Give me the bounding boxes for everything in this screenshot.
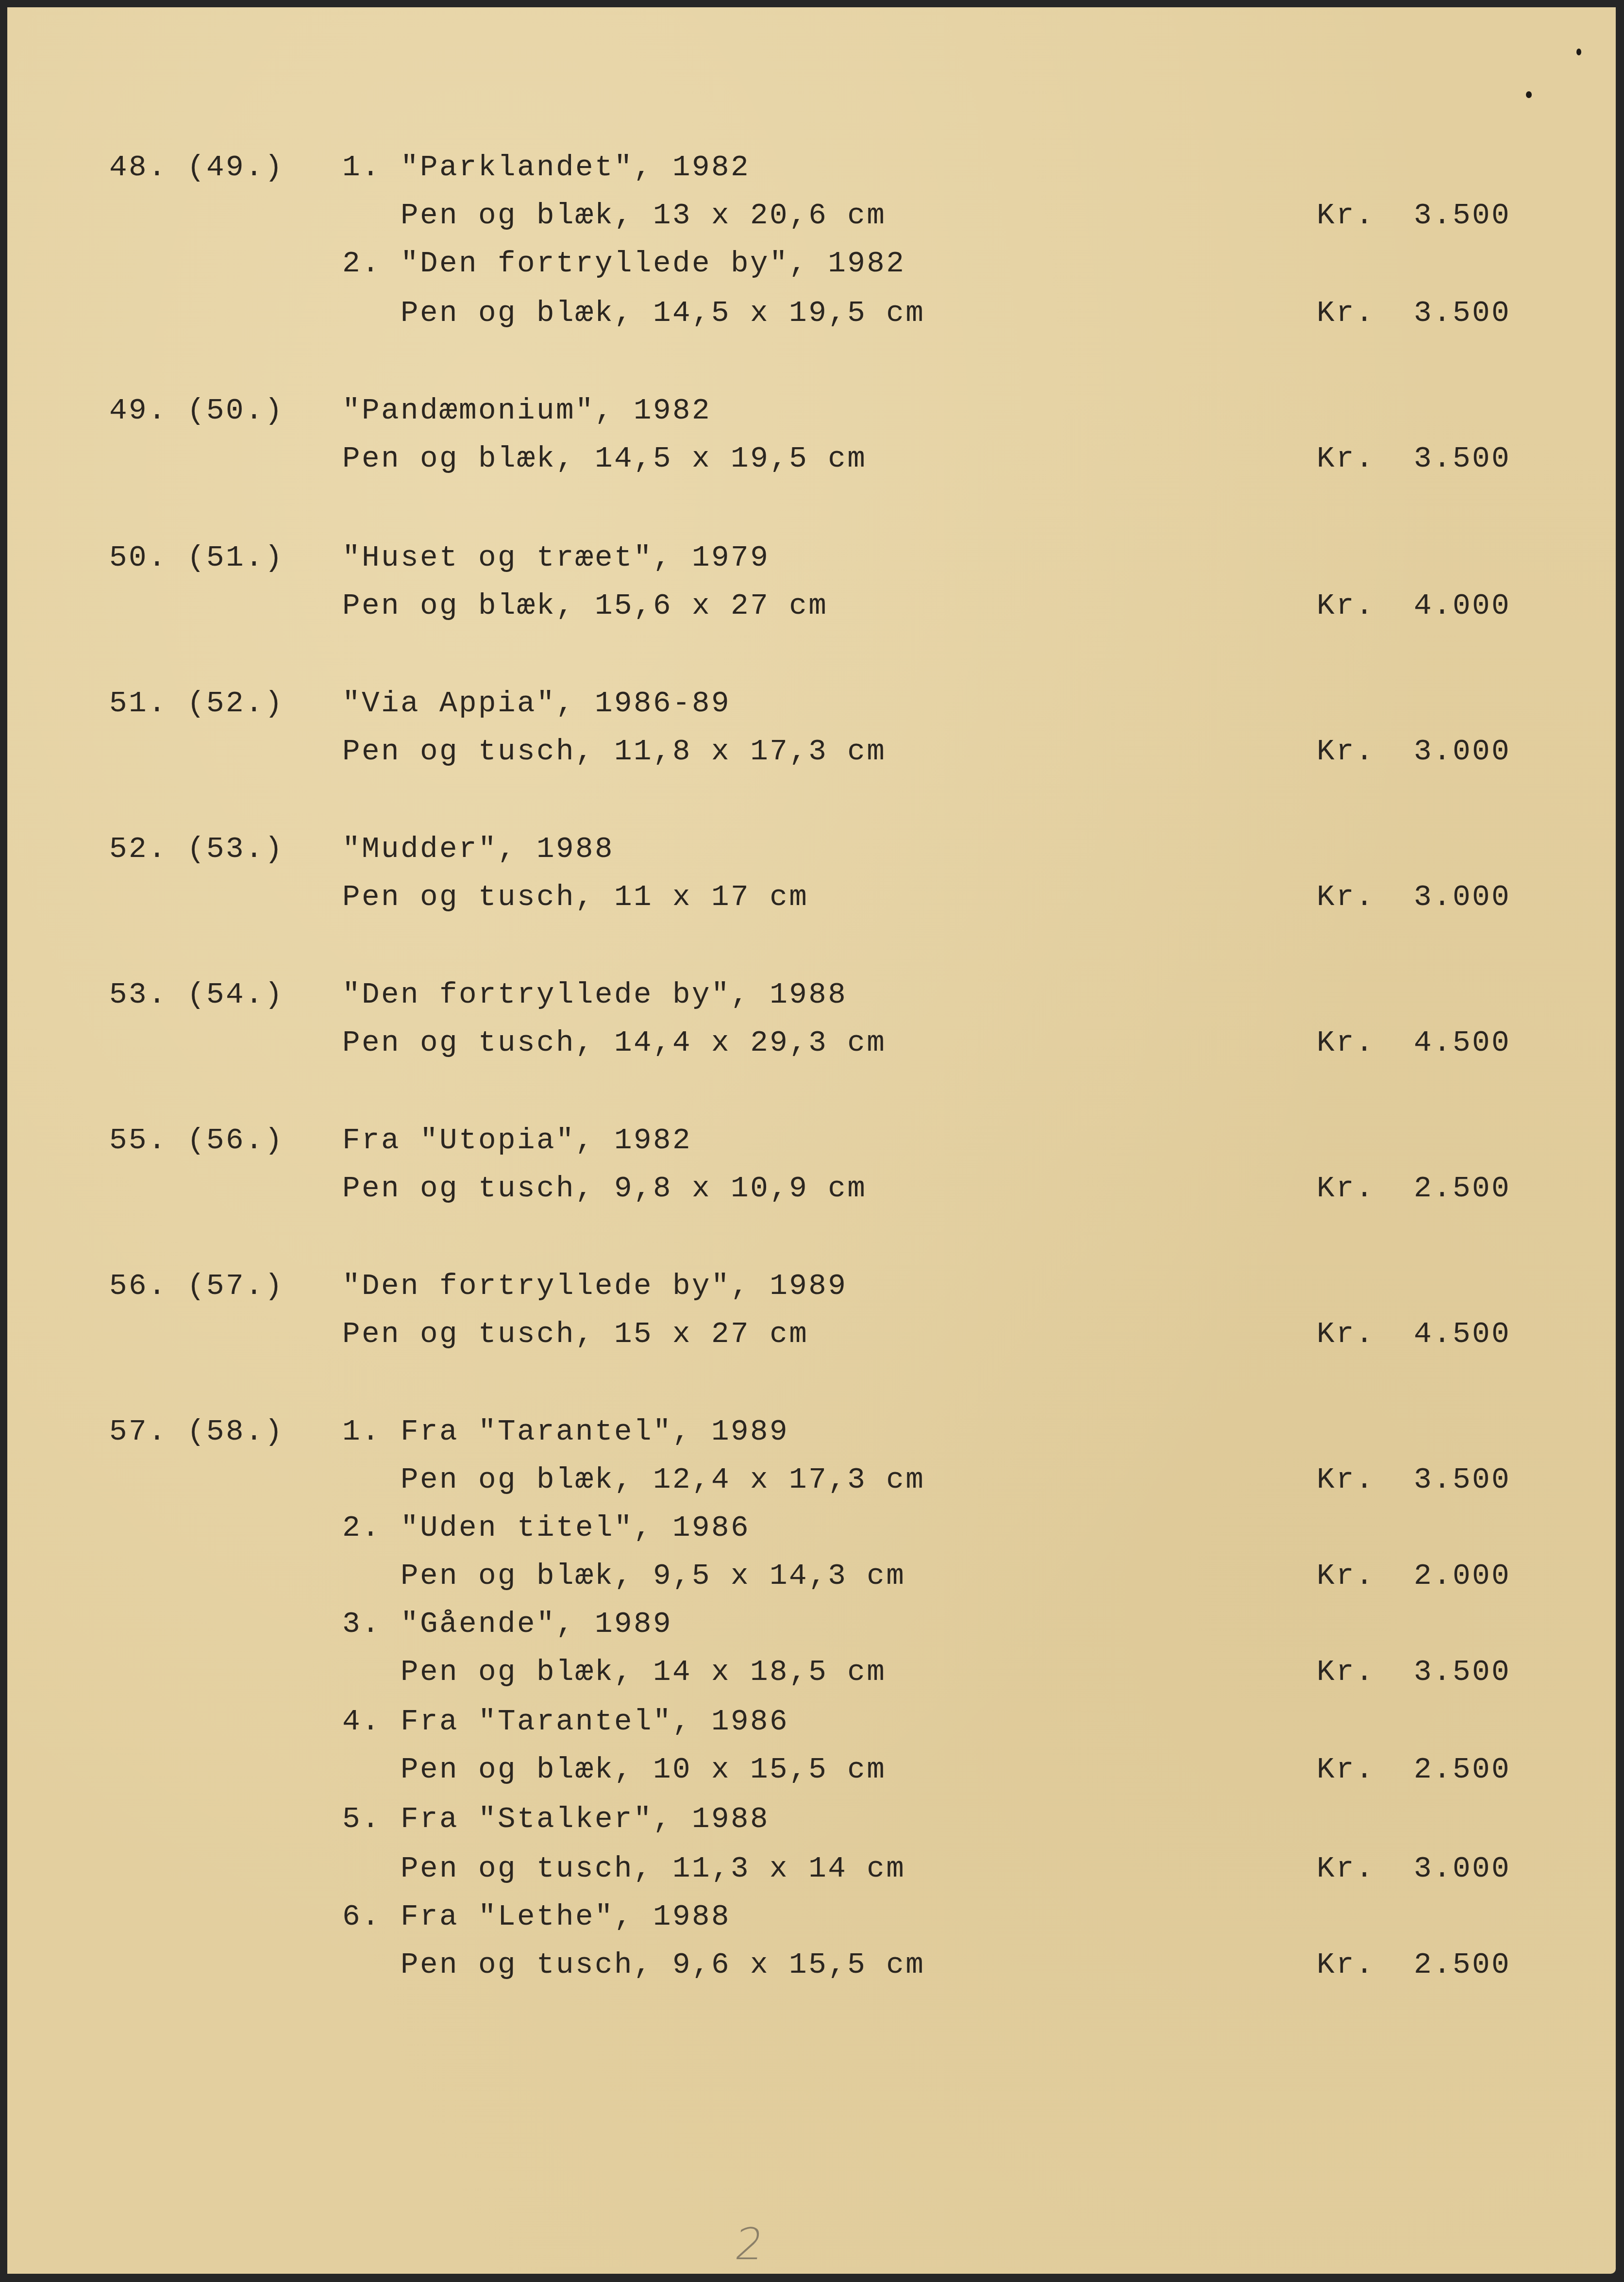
item-index: 2. xyxy=(342,1513,381,1543)
entry-number: 52. (53.) xyxy=(109,835,284,864)
item-price: Kr.3.500 xyxy=(1317,201,1511,231)
entry-medium: Pen og tusch, 14,4 x 29,3 cm xyxy=(342,1028,886,1058)
item-price: Kr.3.000 xyxy=(1317,1854,1511,1884)
entry-title: "Mudder", 1988 xyxy=(342,835,614,864)
item-title: "Uden titel", 1986 xyxy=(401,1513,750,1543)
entry-number: 57. (58.) xyxy=(109,1417,284,1447)
item-price: Kr.2.500 xyxy=(1317,1950,1511,1980)
entry-title: Fra "Utopia", 1982 xyxy=(342,1126,692,1156)
entry-medium: Pen og tusch, 15 x 27 cm xyxy=(342,1320,808,1349)
entry-number: 51. (52.) xyxy=(109,689,284,719)
item-index: 5. xyxy=(342,1805,381,1834)
entry-medium: Pen og blæk, 14,5 x 19,5 cm xyxy=(342,444,867,474)
item-title: Fra "Tarantel", 1986 xyxy=(401,1707,789,1737)
entry-number: 50. (51.) xyxy=(109,543,284,573)
entry-price: Kr.3.000 xyxy=(1317,883,1511,912)
item-index: 4. xyxy=(342,1707,381,1737)
item-medium: Pen og tusch, 9,6 x 15,5 cm xyxy=(401,1950,925,1980)
item-price: Kr.3.500 xyxy=(1317,1658,1511,1687)
item-medium: Pen og blæk, 12,4 x 17,3 cm xyxy=(401,1465,925,1495)
item-index: 3. xyxy=(342,1610,381,1639)
entry-price: Kr.4.500 xyxy=(1317,1320,1511,1349)
punch-mark xyxy=(1526,91,1532,98)
item-title: Fra "Stalker", 1988 xyxy=(401,1805,770,1834)
item-medium: Pen og blæk, 10 x 15,5 cm xyxy=(401,1755,886,1785)
entry-title: "Via Appia", 1986-89 xyxy=(342,689,731,719)
entry-title: "Pandæmonium", 1982 xyxy=(342,396,711,426)
item-title: "Parklandet", 1982 xyxy=(401,153,750,183)
item-index: 2. xyxy=(342,249,381,279)
item-title: Fra "Tarantel", 1989 xyxy=(401,1417,789,1447)
punch-mark xyxy=(1576,49,1581,55)
item-price: Kr.2.500 xyxy=(1317,1755,1511,1785)
item-title: "Den fortryllede by", 1982 xyxy=(401,249,905,279)
entry-number: 48. (49.) xyxy=(109,153,284,183)
entry-price: Kr.3.000 xyxy=(1317,737,1511,767)
item-index: 6. xyxy=(342,1902,381,1932)
item-price: Kr.2.000 xyxy=(1317,1561,1511,1591)
item-medium: Pen og tusch, 11,3 x 14 cm xyxy=(401,1854,905,1884)
item-medium: Pen og blæk, 13 x 20,6 cm xyxy=(401,201,886,231)
item-index: 1. xyxy=(342,153,381,183)
item-medium: Pen og blæk, 14 x 18,5 cm xyxy=(401,1658,886,1687)
entry-medium: Pen og blæk, 15,6 x 27 cm xyxy=(342,591,828,621)
item-price: Kr.3.500 xyxy=(1317,299,1511,328)
entry-title: "Den fortryllede by", 1988 xyxy=(342,980,847,1010)
entry-price: Kr.2.500 xyxy=(1317,1174,1511,1204)
item-medium: Pen og blæk, 9,5 x 14,3 cm xyxy=(401,1561,905,1591)
entry-number: 56. (57.) xyxy=(109,1272,284,1301)
entry-title: "Den fortryllede by", 1989 xyxy=(342,1272,847,1301)
item-price: Kr.3.500 xyxy=(1317,1465,1511,1495)
item-medium: Pen og blæk, 14,5 x 19,5 cm xyxy=(401,299,925,328)
item-title: Fra "Lethe", 1988 xyxy=(401,1902,731,1932)
entry-medium: Pen og tusch, 11,8 x 17,3 cm xyxy=(342,737,886,767)
entry-number: 53. (54.) xyxy=(109,980,284,1010)
entry-price: Kr.4.500 xyxy=(1317,1028,1511,1058)
entry-title: "Huset og træet", 1979 xyxy=(342,543,770,573)
item-index: 1. xyxy=(342,1417,381,1447)
item-title: "Gående", 1989 xyxy=(401,1610,672,1639)
entry-price: Kr.4.000 xyxy=(1317,591,1511,621)
entry-price: Kr.3.500 xyxy=(1317,444,1511,474)
entry-medium: Pen og tusch, 9,8 x 10,9 cm xyxy=(342,1174,867,1204)
entry-number: 49. (50.) xyxy=(109,396,284,426)
entry-medium: Pen og tusch, 11 x 17 cm xyxy=(342,883,808,912)
entry-number: 55. (56.) xyxy=(109,1126,284,1156)
